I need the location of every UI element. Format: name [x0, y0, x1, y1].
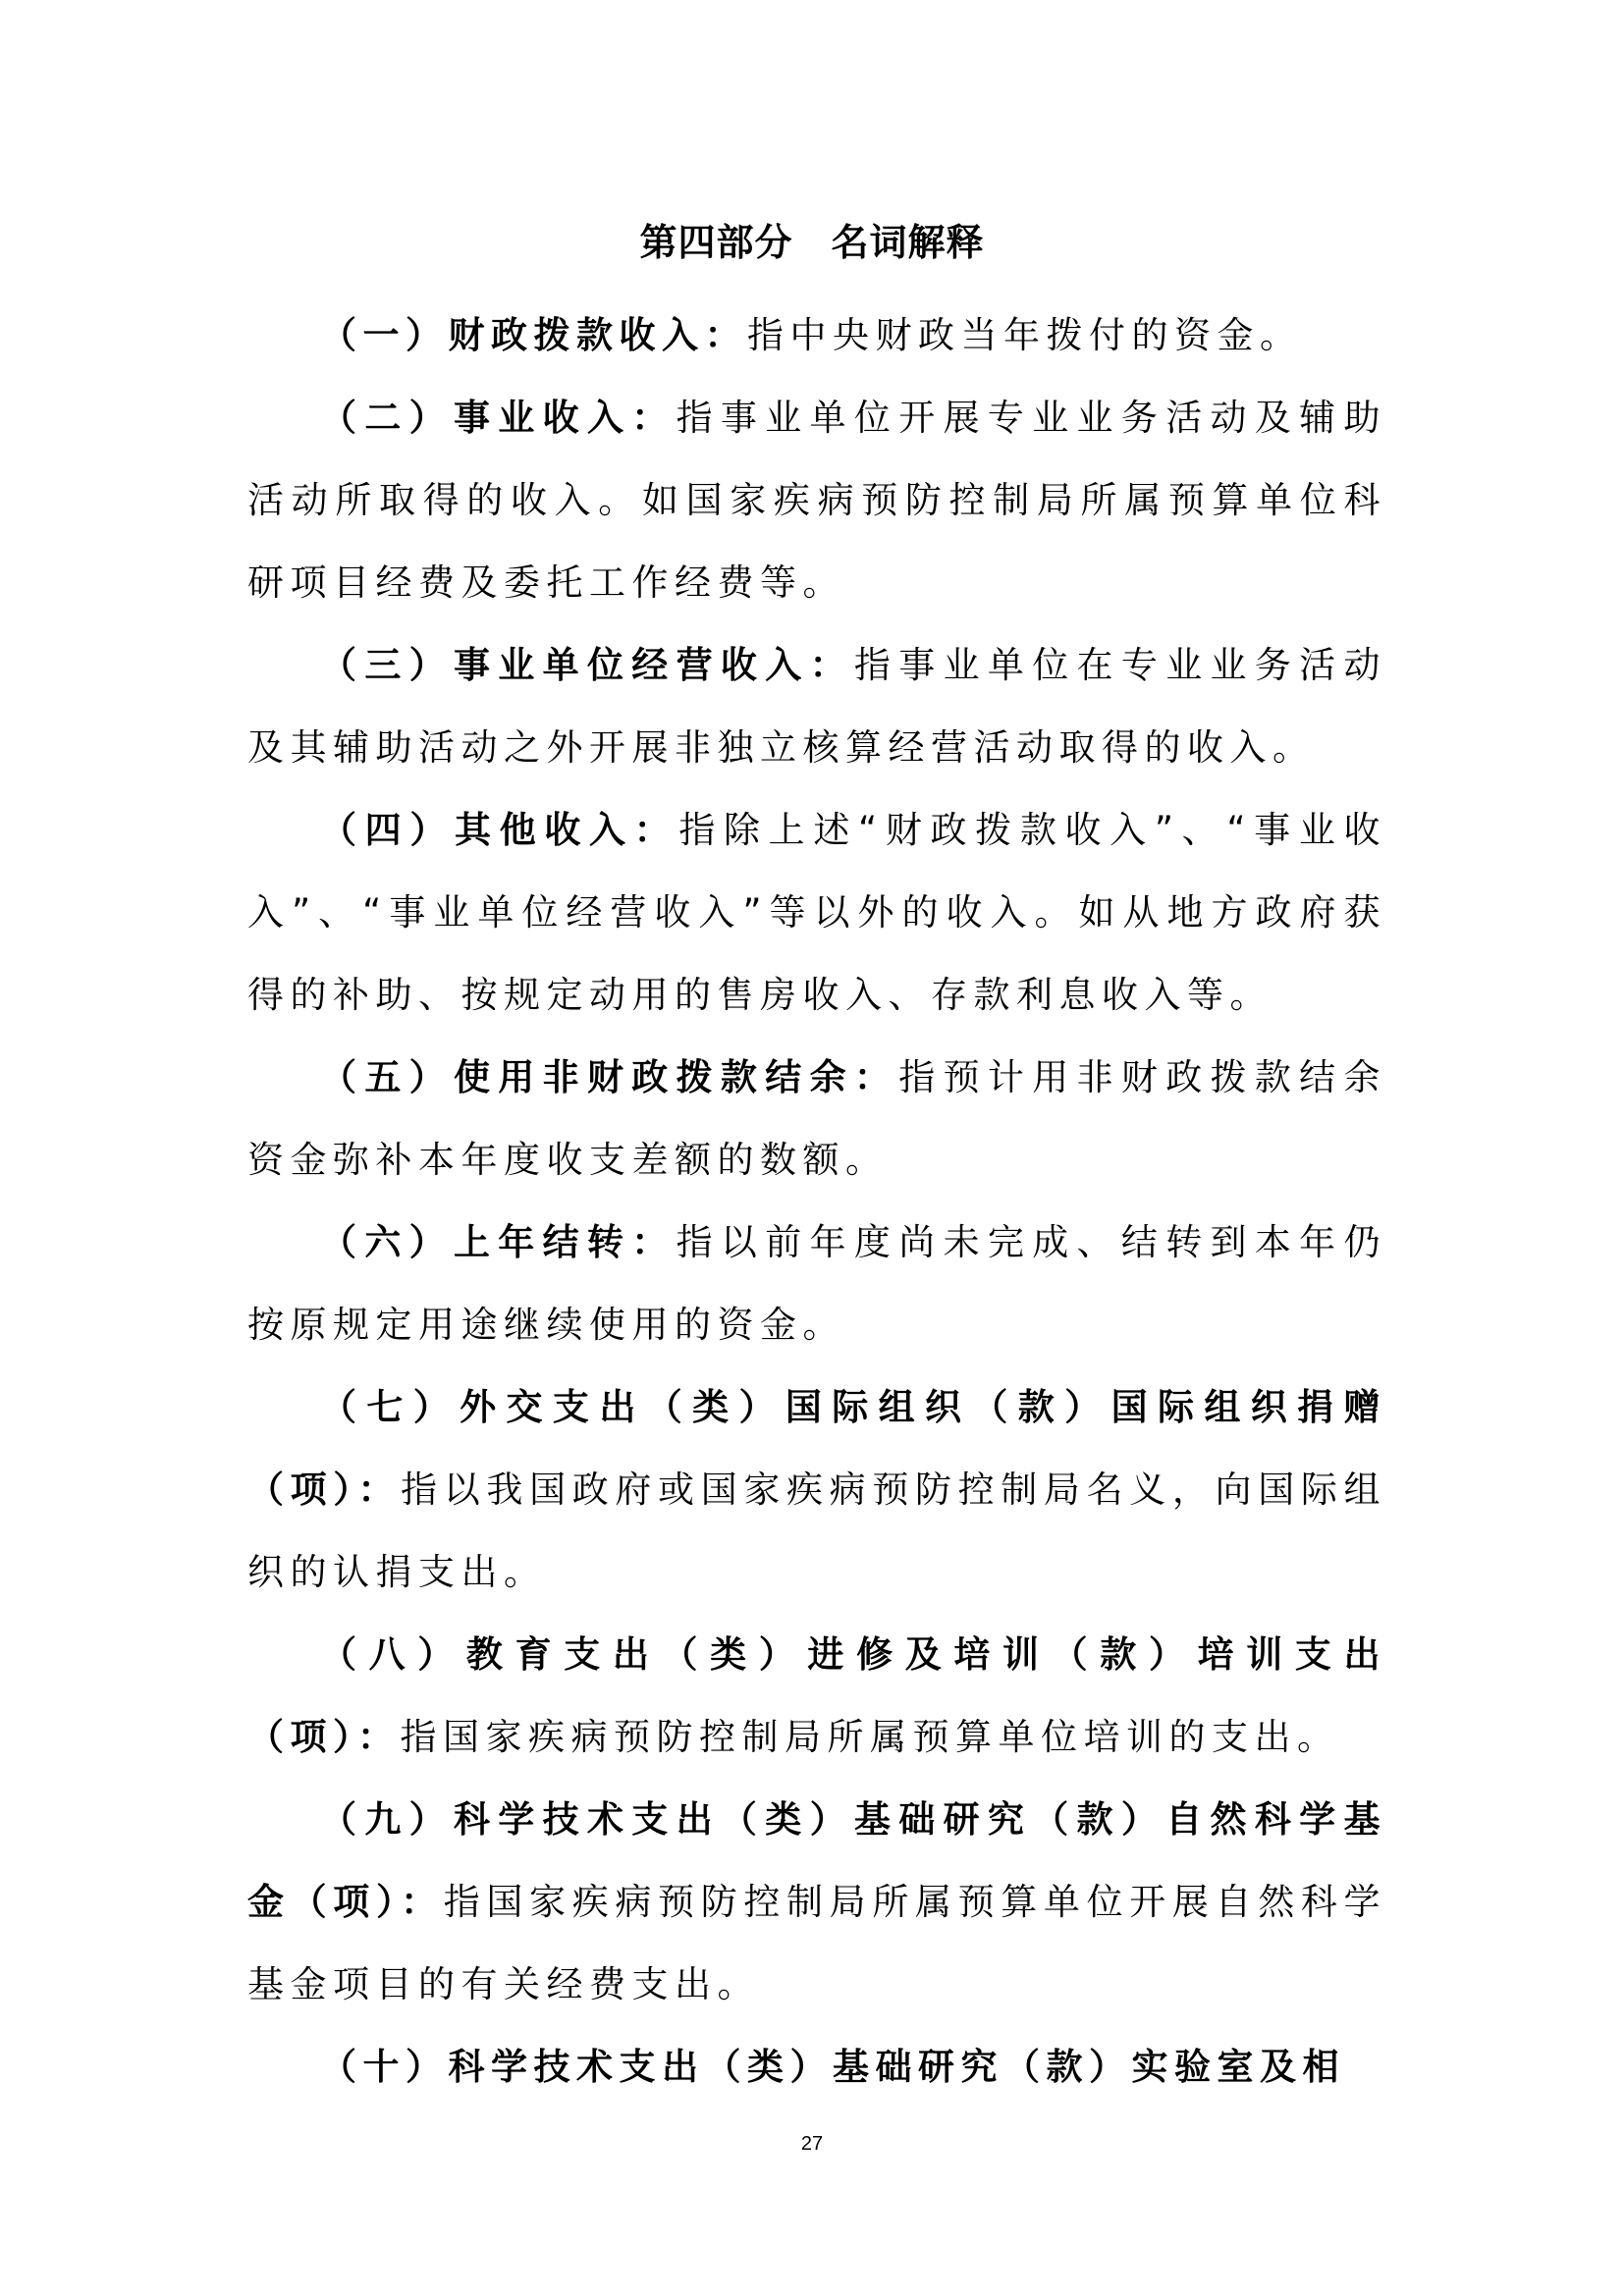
glossary-entry: （三）事业单位经营收入：指事业单位在专业业务活动及其辅助活动之外开展非独立核算经…	[247, 624, 1386, 789]
glossary-term: （一）财政拨款收入：	[320, 314, 747, 356]
glossary-term: （六）上年结转：	[320, 1221, 677, 1263]
page-number: 27	[0, 2132, 1624, 2156]
glossary-entry: （二）事业收入：指事业单位开展专业业务活动及辅助活动所取得的收入。如国家疾病预防…	[247, 377, 1386, 624]
glossary-entry: （四）其他收入：指除上述“财政拨款收入”、“事业收入”、“事业单位经营收入”等以…	[247, 789, 1386, 1037]
glossary-entry: （一）财政拨款收入：指中央财政当年拨付的资金。	[247, 294, 1386, 377]
glossary-term: （五）使用非财政拨款结余：	[320, 1056, 898, 1098]
glossary-entry: （五）使用非财政拨款结余：指预计用非财政拨款结余资金弥补本年度收支差额的数额。	[247, 1037, 1386, 1201]
glossary-entry: （六）上年结转：指以前年度尚未完成、结转到本年仍按原规定用途继续使用的资金。	[247, 1201, 1386, 1366]
glossary-term: （三）事业单位经营收入：	[320, 644, 854, 686]
glossary-entry: （七）外交支出（类）国际组织（款）国际组织捐赠（项）：指以我国政府或国家疾病预防…	[247, 1366, 1386, 1614]
glossary-definition: 指中央财政当年拨付的资金。	[747, 314, 1303, 356]
glossary-entry: （八）教育支出（类）进修及培训（款）培训支出（项）：指国家疾病预防控制局所属预算…	[247, 1614, 1386, 1779]
glossary-definition: 指国家疾病预防控制局所属预算单位培训的支出。	[401, 1716, 1340, 1758]
section-title: 第四部分 名词解释	[0, 218, 1624, 267]
document-page: 第四部分 名词解释 （一）财政拨款收入：指中央财政当年拨付的资金。 （二）事业收…	[0, 0, 1624, 2296]
glossary-body: （一）财政拨款收入：指中央财政当年拨付的资金。 （二）事业收入：指事业单位开展专…	[247, 294, 1386, 2109]
glossary-definition: 指以我国政府或国家疾病预防控制局名义，向国际组织的认捐支出。	[247, 1468, 1386, 1593]
glossary-entry: （十）科学技术支出（类）基础研究（款）实验室及相	[247, 2026, 1386, 2109]
glossary-term: （十）科学技术支出（类）基础研究（款）实验室及相	[320, 2046, 1345, 2088]
glossary-term: （四）其他收入：	[320, 809, 678, 851]
glossary-term: （二）事业收入：	[320, 397, 677, 439]
glossary-entry: （九）科学技术支出（类）基础研究（款）自然科学基金（项）：指国家疾病预防控制局所…	[247, 1779, 1386, 2026]
